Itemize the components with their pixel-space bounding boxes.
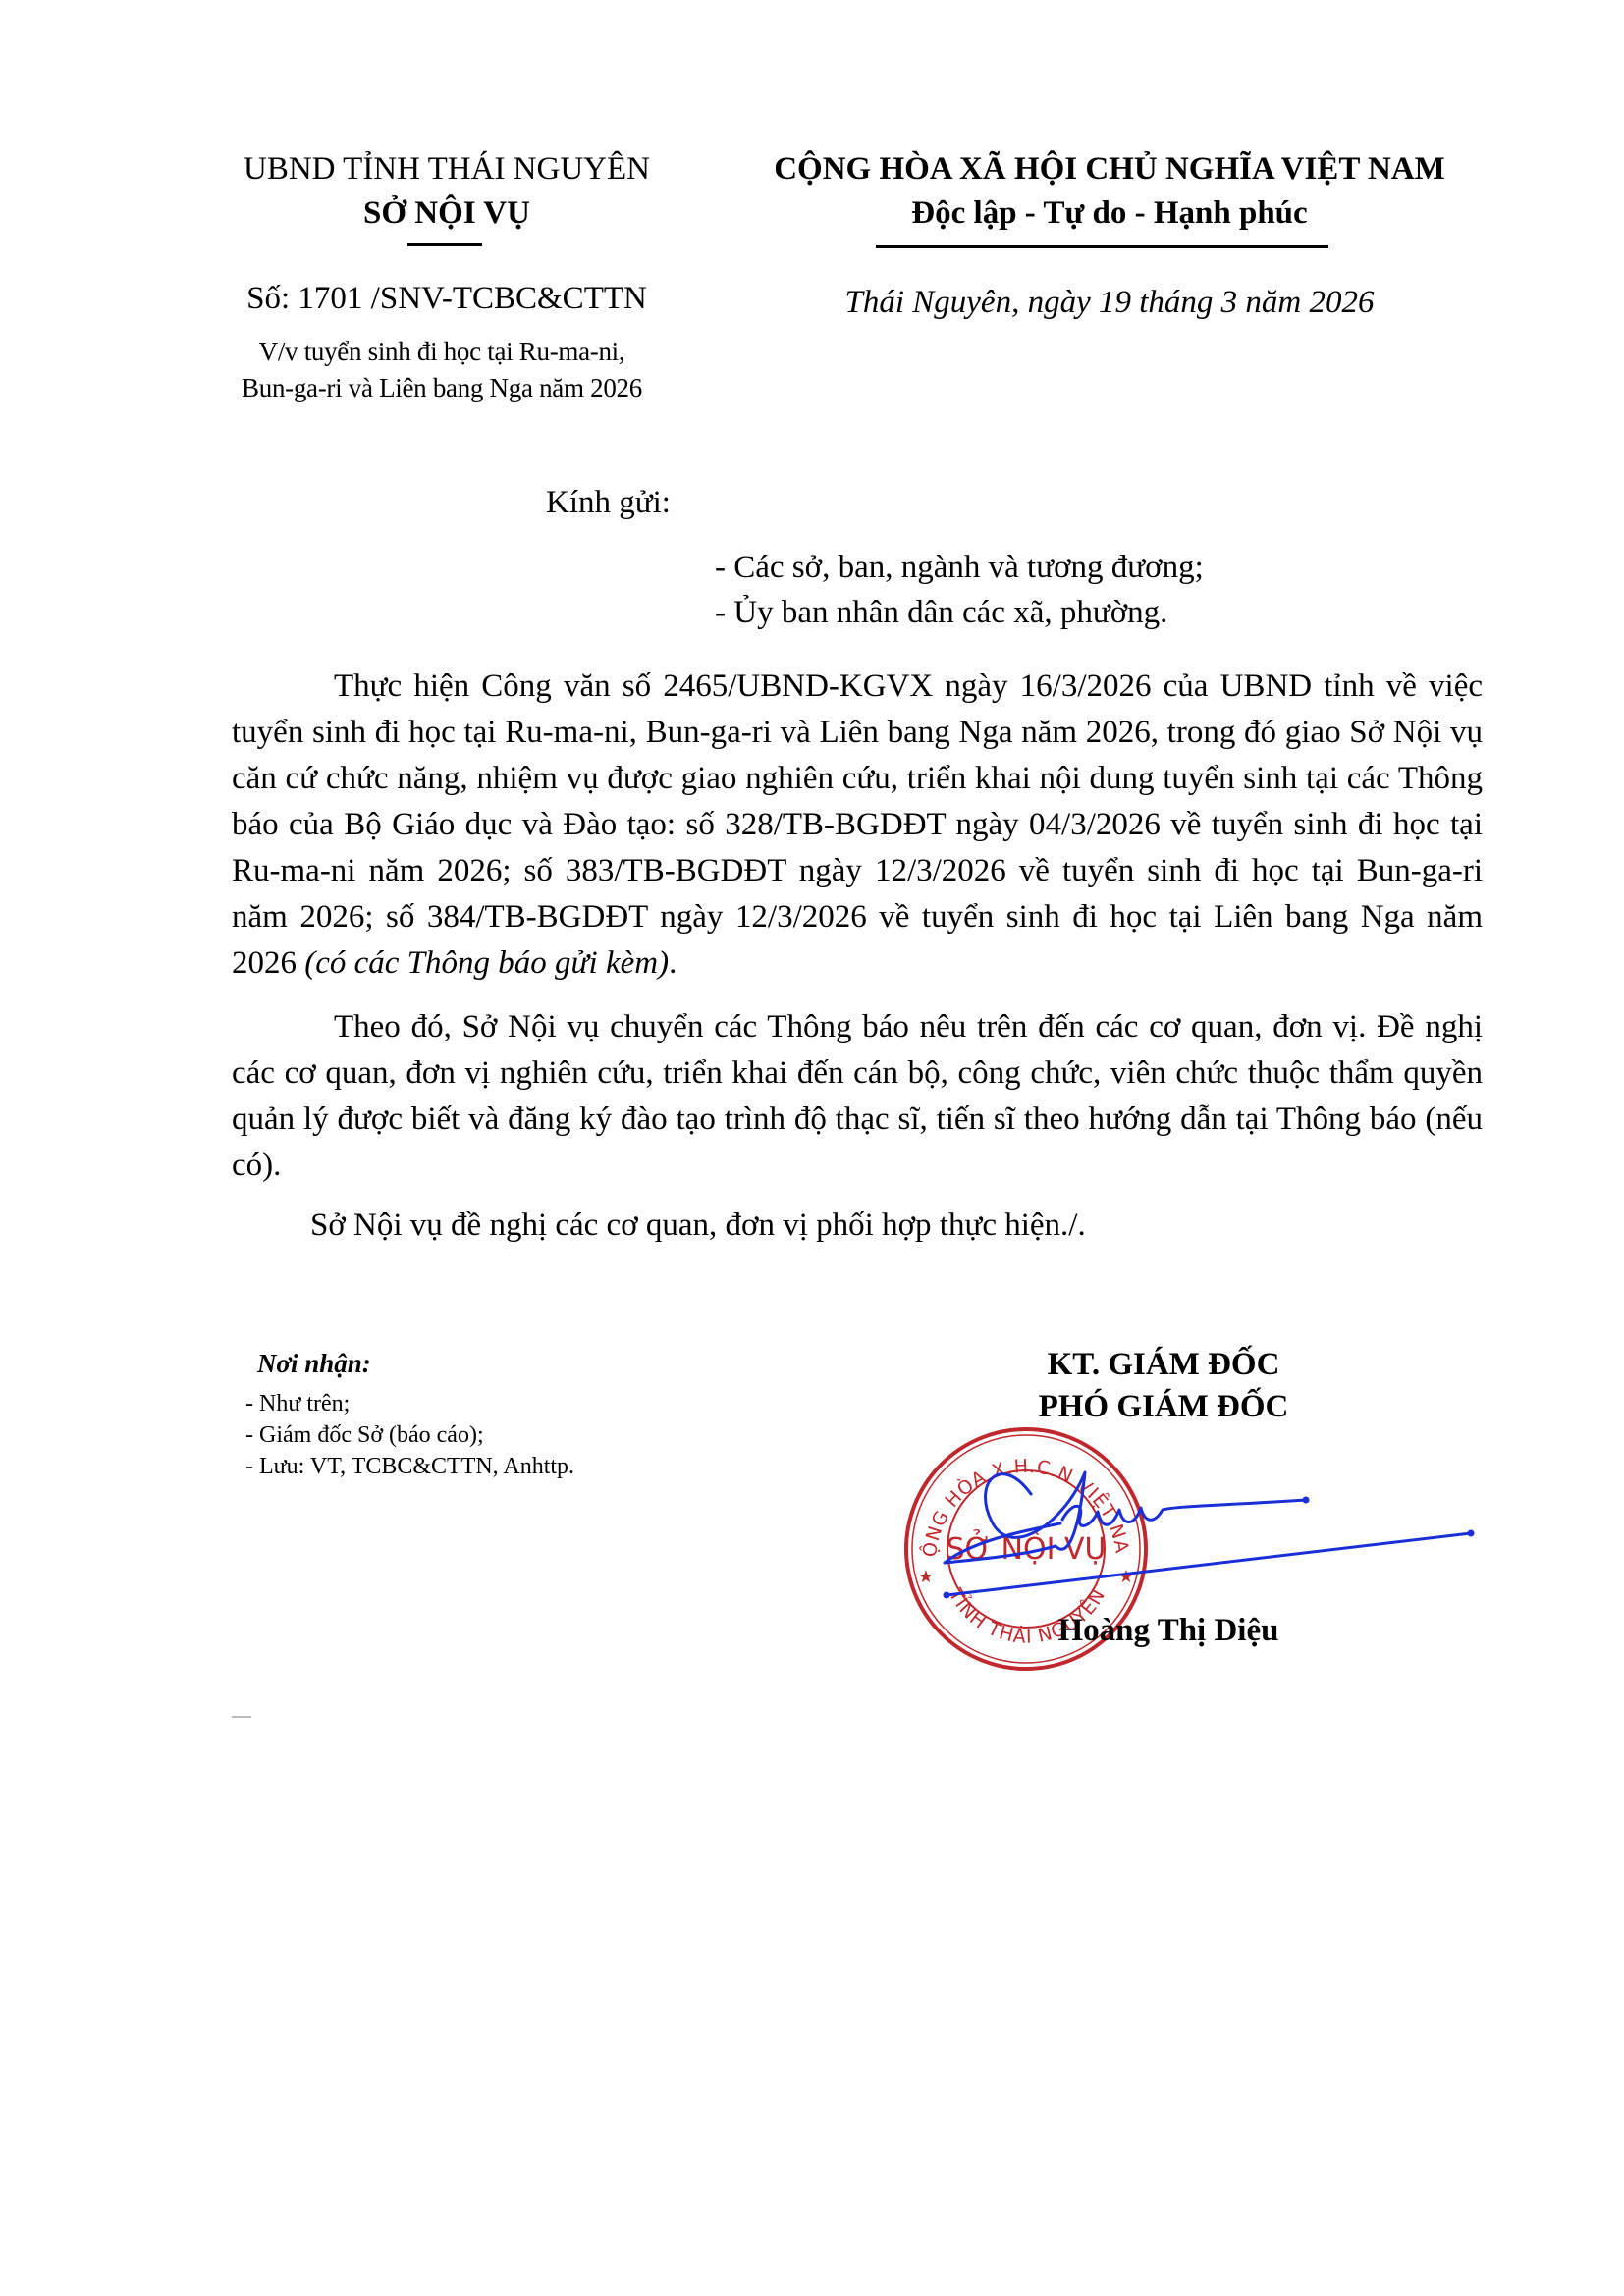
org-underline (407, 243, 482, 246)
recipient-item: - Các sở, ban, ngành và tương đương; (715, 545, 1204, 590)
letter-body: Thực hiện Công văn số 2465/UBND-KGVX ngà… (232, 664, 1483, 1249)
document-number: Số: 1701 /SNV-TCBC&CTTN (201, 281, 692, 317)
recipient-list: - Các sở, ban, ngành và tương đương; - Ủ… (715, 545, 1204, 635)
paragraph-end: . (669, 945, 677, 981)
signature-authority: KT. GIÁM ĐỐC (972, 1347, 1355, 1383)
paragraph-text: Thực hiện Công văn số 2465/UBND-KGVX ngà… (232, 668, 1483, 981)
body-paragraph-1: Thực hiện Công văn số 2465/UBND-KGVX ngà… (232, 664, 1483, 987)
subject-line-1: V/v tuyển sinh đi học tại Ru-ma-ni, (177, 334, 707, 370)
subject-line-2: Bun-ga-ri và Liên bang Nga năm 2026 (177, 370, 707, 406)
greeting: Kính gửi: (546, 485, 671, 521)
distribution-item: - Giám đốc Sở (báo cáo); (245, 1419, 574, 1451)
national-motto: Độc lập - Tự do - Hạnh phúc (722, 195, 1497, 232)
place-date: Thái Nguyên, ngày 19 tháng 3 năm 2026 (722, 285, 1497, 321)
recipient-item: - Ủy ban nhân dân các xã, phường. (715, 590, 1204, 635)
attachment-note: (có các Thông báo gửi kèm) (304, 945, 669, 981)
body-paragraph-2: Theo đó, Sở Nội vụ chuyển các Thông báo … (232, 1004, 1483, 1189)
org-name: SỞ NỘI VỤ (201, 195, 692, 232)
distribution-title: Nơi nhận: (257, 1349, 371, 1379)
distribution-list: - Như trên; - Giám đốc Sở (báo cáo); - L… (245, 1388, 574, 1482)
signer-name: Hoàng Thị Diệu (1021, 1613, 1316, 1649)
org-parent: UBND TỈNH THÁI NGUYÊN (201, 151, 692, 187)
scan-artifact (232, 1716, 251, 1718)
motto-underline (876, 245, 1328, 248)
closing-paragraph: Sở Nội vụ đề nghị các cơ quan, đơn vị ph… (232, 1202, 1483, 1249)
distribution-item: - Lưu: VT, TCBC&CTTN, Anhttp. (245, 1451, 574, 1482)
national-title: CỘNG HÒA XÃ HỘI CHỦ NGHĨA VIỆT NAM (722, 151, 1497, 187)
subject: V/v tuyển sinh đi học tại Ru-ma-ni, Bun-… (177, 334, 707, 406)
distribution-item: - Như trên; (245, 1388, 574, 1419)
